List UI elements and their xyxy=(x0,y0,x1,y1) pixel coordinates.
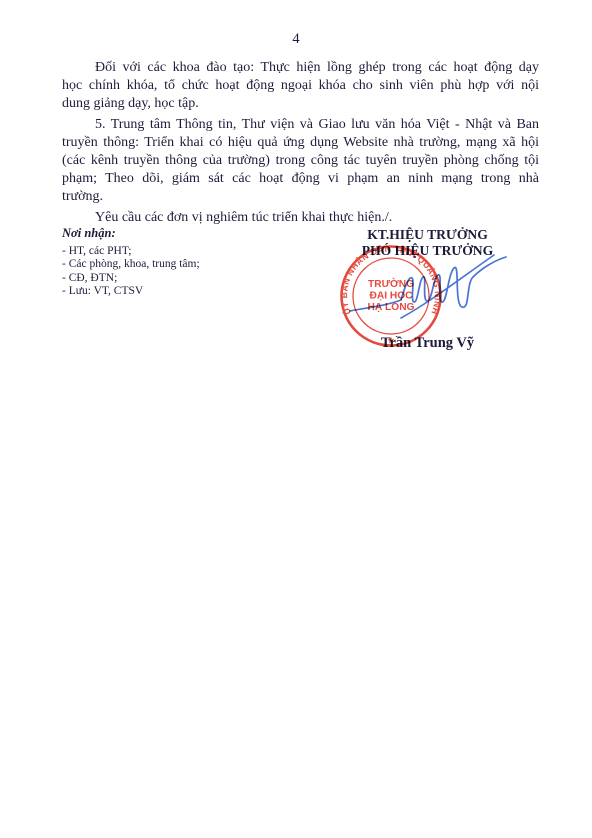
document-body: Đối với các khoa đào tạo: Thực hiện lồng… xyxy=(62,59,539,229)
recipient-item: - HT, các PHT; xyxy=(62,245,302,258)
signature-main-stroke xyxy=(350,257,506,311)
recipient-item: - Lưu: VT, CTSV xyxy=(62,285,302,298)
paragraph-line: học chính khóa, tổ chức hoạt động ngoại … xyxy=(62,77,539,95)
paragraph-line: (các kênh truyền thông của trường) trong… xyxy=(62,152,539,170)
paragraph-line: phạm; Theo dõi, giám sát các hoạt động v… xyxy=(62,170,539,188)
handwritten-signature xyxy=(335,246,520,328)
document-page: 4 Đối với các khoa đào tạo: Thực hiện lồ… xyxy=(0,0,592,838)
paragraph-line: Yêu cầu các đơn vị nghiêm túc triển khai… xyxy=(62,209,539,227)
recipient-item: - CĐ, ĐTN; xyxy=(62,272,302,285)
paragraph-line: dung giảng dạy, học tập. xyxy=(62,95,539,113)
paragraph-line: 5. Trung tâm Thông tin, Thư viện và Giao… xyxy=(62,116,539,134)
paragraph-line: trường. xyxy=(62,188,539,206)
signer-title-line1: KT.HIỆU TRƯỞNG xyxy=(330,227,525,243)
recipients-heading: Nơi nhận: xyxy=(62,226,302,241)
recipients-block: Nơi nhận: - HT, các PHT; - Các phòng, kh… xyxy=(62,226,302,298)
paragraph: Đối với các khoa đào tạo: Thực hiện lồng… xyxy=(62,59,539,113)
paragraph: Yêu cầu các đơn vị nghiêm túc triển khai… xyxy=(62,209,539,227)
paragraph: 5. Trung tâm Thông tin, Thư viện và Giao… xyxy=(62,116,539,206)
paragraph-line: Đối với các khoa đào tạo: Thực hiện lồng… xyxy=(62,59,539,77)
stamp-star-icon: ★ xyxy=(387,336,396,347)
page-number: 4 xyxy=(0,31,592,48)
paragraph-line: truyền thông: Triển khai có hiệu quả ứng… xyxy=(62,134,539,152)
recipient-item: - Các phòng, khoa, trung tâm; xyxy=(62,258,302,271)
